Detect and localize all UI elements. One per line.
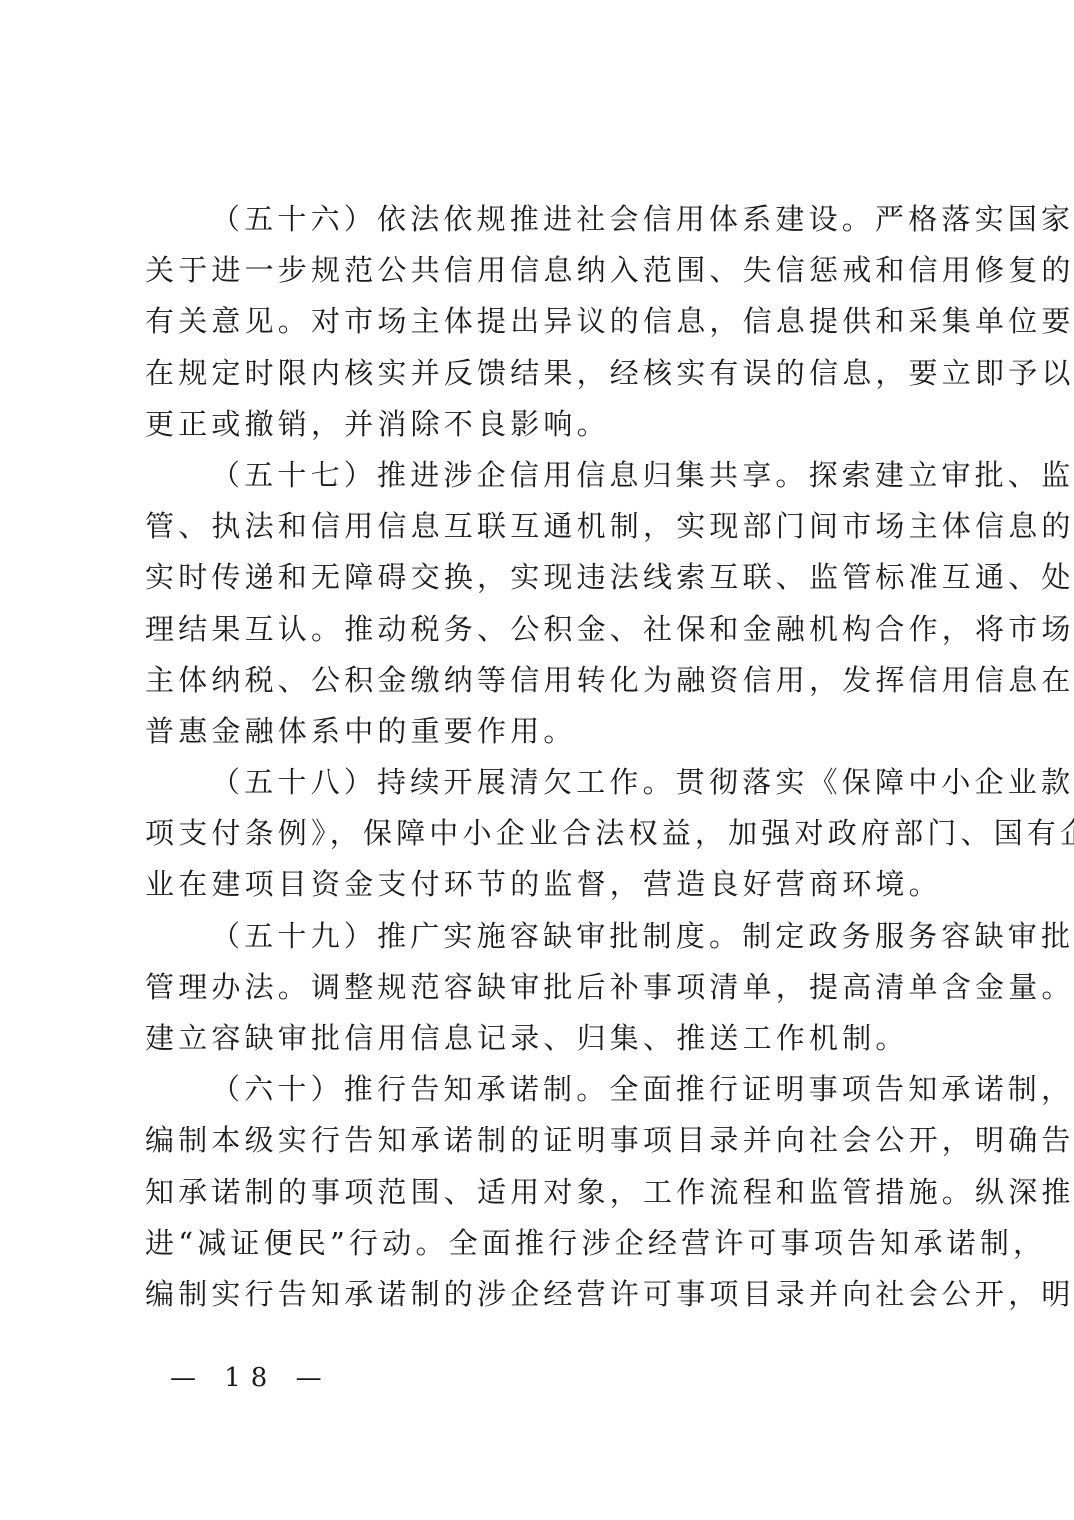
paragraph-line: 实时传递和无障碍交换，实现违法线索互联、监管标准互通、处 — [145, 552, 953, 603]
paragraph-line: （六十）推行告知承诺制。全面推行证明事项告知承诺制， — [145, 1064, 953, 1115]
paragraph-line: 有关意见。对市场主体提出异议的信息，信息提供和采集单位要 — [145, 296, 953, 347]
document-body: （五十六）依法依规推进社会信用体系建设。严格落实国家 关于进一步规范公共信用信息… — [145, 194, 953, 1320]
paragraph-line: 编制本级实行告知承诺制的证明事项目录并向社会公开，明确告 — [145, 1115, 953, 1166]
paragraph-line: （五十九）推广实施容缺审批制度。制定政务服务容缺审批 — [145, 911, 953, 962]
paragraph-line: （五十七）推进涉企信用信息归集共享。探索建立审批、监 — [145, 450, 953, 501]
paragraph-line: 理结果互认。推动税务、公积金、社保和金融机构合作，将市场 — [145, 604, 953, 655]
paragraph-line: 更正或撤销，并消除不良影响。 — [145, 399, 953, 450]
paragraph-line: 项支付条例》，保障中小企业合法权益，加强对政府部门、国有企 — [145, 808, 953, 859]
paragraph-57: （五十七）推进涉企信用信息归集共享。探索建立审批、监 管、执法和信用信息互联互通… — [145, 450, 953, 757]
paragraph-line: 在规定时限内核实并反馈结果，经核实有误的信息，要立即予以 — [145, 348, 953, 399]
paragraph-line: 编制实行告知承诺制的涉企经营许可事项目录并向社会公开，明 — [145, 1269, 953, 1320]
paragraph-line: 建立容缺审批信用信息记录、归集、推送工作机制。 — [145, 1013, 953, 1064]
paragraph-56: （五十六）依法依规推进社会信用体系建设。严格落实国家 关于进一步规范公共信用信息… — [145, 194, 953, 450]
paragraph-line: 知承诺制的事项范围、适用对象，工作流程和监管措施。纵深推 — [145, 1167, 953, 1218]
paragraph-58: （五十八）持续开展清欠工作。贯彻落实《保障中小企业款 项支付条例》，保障中小企业… — [145, 757, 953, 911]
paragraph-line: （五十六）依法依规推进社会信用体系建设。严格落实国家 — [145, 194, 953, 245]
paragraph-line: 主体纳税、公积金缴纳等信用转化为融资信用，发挥信用信息在 — [145, 655, 953, 706]
paragraph-line: 管、执法和信用信息互联互通机制，实现部门间市场主体信息的 — [145, 501, 953, 552]
document-page: （五十六）依法依规推进社会信用体系建设。严格落实国家 关于进一步规范公共信用信息… — [0, 0, 1074, 1520]
page-number: — 18 — — [170, 1358, 332, 1398]
paragraph-line: （五十八）持续开展清欠工作。贯彻落实《保障中小企业款 — [145, 757, 953, 808]
paragraph-line: 业在建项目资金支付环节的监督，营造良好营商环境。 — [145, 859, 953, 910]
paragraph-59: （五十九）推广实施容缺审批制度。制定政务服务容缺审批 管理办法。调整规范容缺审批… — [145, 911, 953, 1065]
paragraph-60: （六十）推行告知承诺制。全面推行证明事项告知承诺制， 编制本级实行告知承诺制的证… — [145, 1064, 953, 1320]
paragraph-line: 关于进一步规范公共信用信息纳入范围、失信惩戒和信用修复的 — [145, 245, 953, 296]
paragraph-line: 普惠金融体系中的重要作用。 — [145, 706, 953, 757]
paragraph-line: 进“减证便民”行动。全面推行涉企经营许可事项告知承诺制， — [145, 1218, 953, 1269]
paragraph-line: 管理办法。调整规范容缺审批后补事项清单，提高清单含金量。 — [145, 962, 953, 1013]
